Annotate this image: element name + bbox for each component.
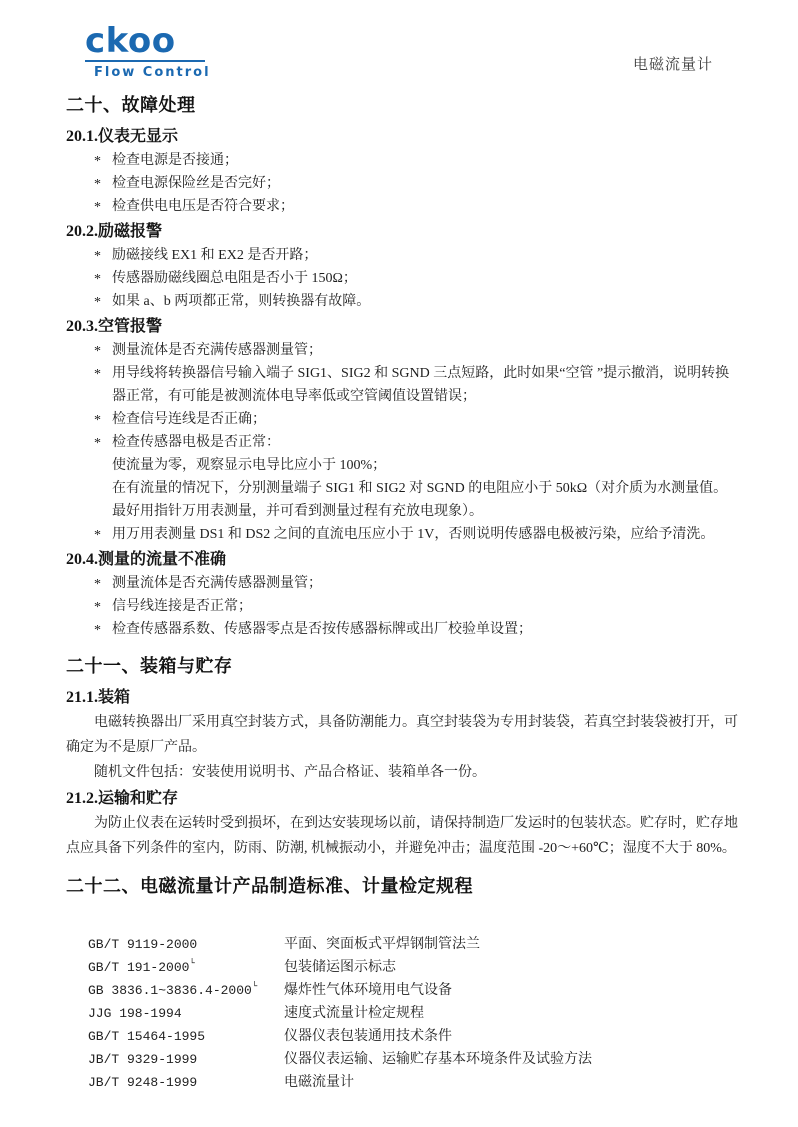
standard-code: GB 3836.1~3836.4-2000└ bbox=[88, 979, 284, 1002]
standard-row: GB/T 191-2000└ 包装储运图示标志 bbox=[88, 956, 740, 979]
subsection-21-1-paragraphs: 电磁转换器出厂采用真空封装方式，具备防潮能力。真空封装袋为专用封装袋，若真空封装… bbox=[66, 710, 740, 785]
standard-code: JB/T 9329-1999 bbox=[88, 1048, 284, 1071]
list-item: * 测量流体是否充满传感器测量管； bbox=[66, 339, 740, 362]
list-item: * 检查供电电压是否符合要求； bbox=[66, 195, 740, 218]
standard-code: GB/T 191-2000└ bbox=[88, 956, 284, 979]
paragraph: 为防止仪表在运转时受到损坏，在到达安装现场以前，请保持制造厂发运时的包装状态。贮… bbox=[66, 811, 740, 861]
section-22-heading: 二十二、电磁流量计产品制造标准、计量检定规程 bbox=[66, 874, 740, 899]
standard-code-text: GB 3836.1~3836.4-2000 bbox=[88, 983, 252, 998]
asterisk-marker: * bbox=[94, 363, 101, 386]
standard-code: JJG 198-1994 bbox=[88, 1002, 284, 1025]
paragraph: 电磁转换器出厂采用真空封装方式，具备防潮能力。真空封装袋为专用封装袋，若真空封装… bbox=[66, 710, 740, 760]
standard-name: 速度式流量计检定规程 bbox=[284, 1002, 740, 1025]
standard-row: JB/T 9248-1999 电磁流量计 bbox=[88, 1071, 740, 1094]
standard-name: 仪器仪表包装通用技术条件 bbox=[284, 1025, 740, 1048]
standard-row: GB/T 9119-2000 平面、突面板式平焊钢制管法兰 bbox=[88, 933, 740, 956]
list-item-text: 检查传感器系数、传感器零点是否按传感器标牌或出厂校验单设置； bbox=[112, 622, 532, 637]
standard-row: JB/T 9329-1999 仪器仪表运输、运输贮存基本环境条件及试验方法 bbox=[88, 1048, 740, 1071]
company-logo: ckoo Flow Control bbox=[85, 26, 211, 80]
list-item: * 信号线连接是否正常； bbox=[66, 595, 740, 618]
subsection-20-1-list: * 检查电源是否接通； * 检查电源保险丝是否完好； * 检查供电电压是否符合要… bbox=[66, 149, 740, 218]
list-item-text: 检查供电电压是否符合要求； bbox=[112, 199, 294, 214]
standard-row: JJG 198-1994 速度式流量计检定规程 bbox=[88, 1002, 740, 1025]
asterisk-marker: * bbox=[94, 619, 101, 642]
list-item-text: 测量流体是否充满传感器测量管； bbox=[112, 576, 322, 591]
standard-code: JB/T 9248-1999 bbox=[88, 1071, 284, 1094]
standard-name: 电磁流量计 bbox=[284, 1071, 740, 1094]
asterisk-marker: * bbox=[94, 268, 101, 291]
standard-code-text: GB/T 15464-1995 bbox=[88, 1029, 205, 1044]
subsection-20-3-list: * 测量流体是否充满传感器测量管； * 用导线将转换器信号输入端子 SIG1、S… bbox=[66, 339, 740, 546]
asterisk-marker: * bbox=[94, 409, 101, 432]
logo-subtext: Flow Control bbox=[94, 65, 211, 80]
list-item: * 在有流量的情况下，分别测量端子 SIG1 和 SIG2 对 SGND 的电阻… bbox=[66, 477, 740, 523]
subsection-21-1-heading: 21.1.装箱 bbox=[66, 684, 740, 710]
asterisk-marker: * bbox=[94, 173, 101, 196]
logo-text: ckoo bbox=[85, 26, 211, 56]
standard-name: 爆炸性气体环境用电气设备 bbox=[284, 979, 740, 1002]
list-item-text: 传感器励磁线圈总电阻是否小于 150Ω； bbox=[112, 271, 357, 286]
manual-page: ckoo Flow Control 电磁流量计 二十、故障处理 20.1.仪表无… bbox=[0, 0, 798, 1127]
subsection-20-1-heading: 20.1.仪表无显示 bbox=[66, 123, 740, 149]
standard-name: 平面、突面板式平焊钢制管法兰 bbox=[284, 933, 740, 956]
subsection-20-2-heading: 20.2.励磁报警 bbox=[66, 218, 740, 244]
standard-footnote-mark: └ bbox=[252, 982, 257, 992]
list-item: * 检查传感器电极是否正常： bbox=[66, 431, 740, 454]
asterisk-marker: * bbox=[94, 245, 101, 268]
list-item-text: 测量流体是否充满传感器测量管； bbox=[112, 343, 322, 358]
standard-code-text: GB/T 191-2000 bbox=[88, 960, 189, 975]
list-item: * 检查传感器系数、传感器零点是否按传感器标牌或出厂校验单设置； bbox=[66, 618, 740, 641]
standard-code: GB/T 15464-1995 bbox=[88, 1025, 284, 1048]
asterisk-marker: * bbox=[94, 340, 101, 363]
list-item-text: 用万用表测量 DS1 和 DS2 之间的直流电压应小于 1V，否则说明传感器电极… bbox=[112, 527, 714, 542]
standard-code-text: JB/T 9329-1999 bbox=[88, 1052, 197, 1067]
list-item: * 如果 a、b 两项都正常，则转换器有故障。 bbox=[66, 290, 740, 313]
list-item-text: 检查信号连线是否正确； bbox=[112, 412, 266, 427]
list-item-text: 用导线将转换器信号输入端子 SIG1、SIG2 和 SGND 三点短路，此时如果… bbox=[112, 366, 729, 404]
standard-row: GB/T 15464-1995 仪器仪表包装通用技术条件 bbox=[88, 1025, 740, 1048]
standard-code-text: JJG 198-1994 bbox=[88, 1006, 182, 1021]
list-item-text: 在有流量的情况下，分别测量端子 SIG1 和 SIG2 对 SGND 的电阻应小… bbox=[112, 481, 727, 519]
subsection-20-3-heading: 20.3.空管报警 bbox=[66, 313, 740, 339]
standard-footnote-mark: └ bbox=[189, 959, 194, 969]
document-title: 电磁流量计 bbox=[633, 53, 713, 80]
list-item-text: 励磁接线 EX1 和 EX2 是否开路； bbox=[112, 248, 317, 263]
page-header: ckoo Flow Control 电磁流量计 bbox=[85, 26, 740, 80]
list-item: * 检查信号连线是否正确； bbox=[66, 408, 740, 431]
section-21-heading: 二十一、装箱与贮存 bbox=[66, 654, 740, 679]
asterisk-marker: * bbox=[94, 524, 101, 547]
asterisk-marker: * bbox=[94, 291, 101, 314]
list-item-text: 如果 a、b 两项都正常，则转换器有故障。 bbox=[112, 294, 370, 309]
standard-row: GB 3836.1~3836.4-2000└ 爆炸性气体环境用电气设备 bbox=[88, 979, 740, 1002]
subsection-21-2-heading: 21.2.运输和贮存 bbox=[66, 785, 740, 811]
list-item: * 励磁接线 EX1 和 EX2 是否开路； bbox=[66, 244, 740, 267]
list-item-text: 信号线连接是否正常； bbox=[112, 599, 252, 614]
asterisk-marker: * bbox=[94, 573, 101, 596]
subsection-21-2-paragraphs: 为防止仪表在运转时受到损坏，在到达安装现场以前，请保持制造厂发运时的包装状态。贮… bbox=[66, 811, 740, 861]
standard-name: 仪器仪表运输、运输贮存基本环境条件及试验方法 bbox=[284, 1048, 740, 1071]
list-item-text: 检查电源保险丝是否完好； bbox=[112, 176, 280, 191]
standard-code: GB/T 9119-2000 bbox=[88, 933, 284, 956]
standard-code-text: JB/T 9248-1999 bbox=[88, 1075, 197, 1090]
list-item: * 检查电源保险丝是否完好； bbox=[66, 172, 740, 195]
asterisk-marker: * bbox=[94, 196, 101, 219]
list-item-text: 检查传感器电极是否正常： bbox=[112, 435, 280, 450]
list-item: * 用导线将转换器信号输入端子 SIG1、SIG2 和 SGND 三点短路，此时… bbox=[66, 362, 740, 408]
section-20-heading: 二十、故障处理 bbox=[66, 93, 740, 118]
list-item: * 测量流体是否充满传感器测量管； bbox=[66, 572, 740, 595]
subsection-20-4-list: * 测量流体是否充满传感器测量管； * 信号线连接是否正常； * 检查传感器系数… bbox=[66, 572, 740, 641]
standards-table: GB/T 9119-2000 平面、突面板式平焊钢制管法兰 GB/T 191-2… bbox=[88, 933, 740, 1094]
list-item: * 用万用表测量 DS1 和 DS2 之间的直流电压应小于 1V，否则说明传感器… bbox=[66, 523, 740, 546]
asterisk-marker: * bbox=[94, 150, 101, 173]
list-item: * 检查电源是否接通； bbox=[66, 149, 740, 172]
list-item: * 使流量为零，观察显示电导比应小于 100%； bbox=[66, 454, 740, 477]
subsection-20-2-list: * 励磁接线 EX1 和 EX2 是否开路； * 传感器励磁线圈总电阻是否小于 … bbox=[66, 244, 740, 313]
list-item-text: 使流量为零，观察显示电导比应小于 100%； bbox=[112, 458, 386, 473]
paragraph: 随机文件包括：安装使用说明书、产品合格证、装箱单各一份。 bbox=[66, 760, 740, 785]
asterisk-marker: * bbox=[94, 432, 101, 455]
subsection-20-4-heading: 20.4.测量的流量不准确 bbox=[66, 546, 740, 572]
standard-code-text: GB/T 9119-2000 bbox=[88, 937, 197, 952]
list-item-text: 检查电源是否接通； bbox=[112, 153, 238, 168]
list-item: * 传感器励磁线圈总电阻是否小于 150Ω； bbox=[66, 267, 740, 290]
standard-name: 包装储运图示标志 bbox=[284, 956, 740, 979]
asterisk-marker: * bbox=[94, 596, 101, 619]
